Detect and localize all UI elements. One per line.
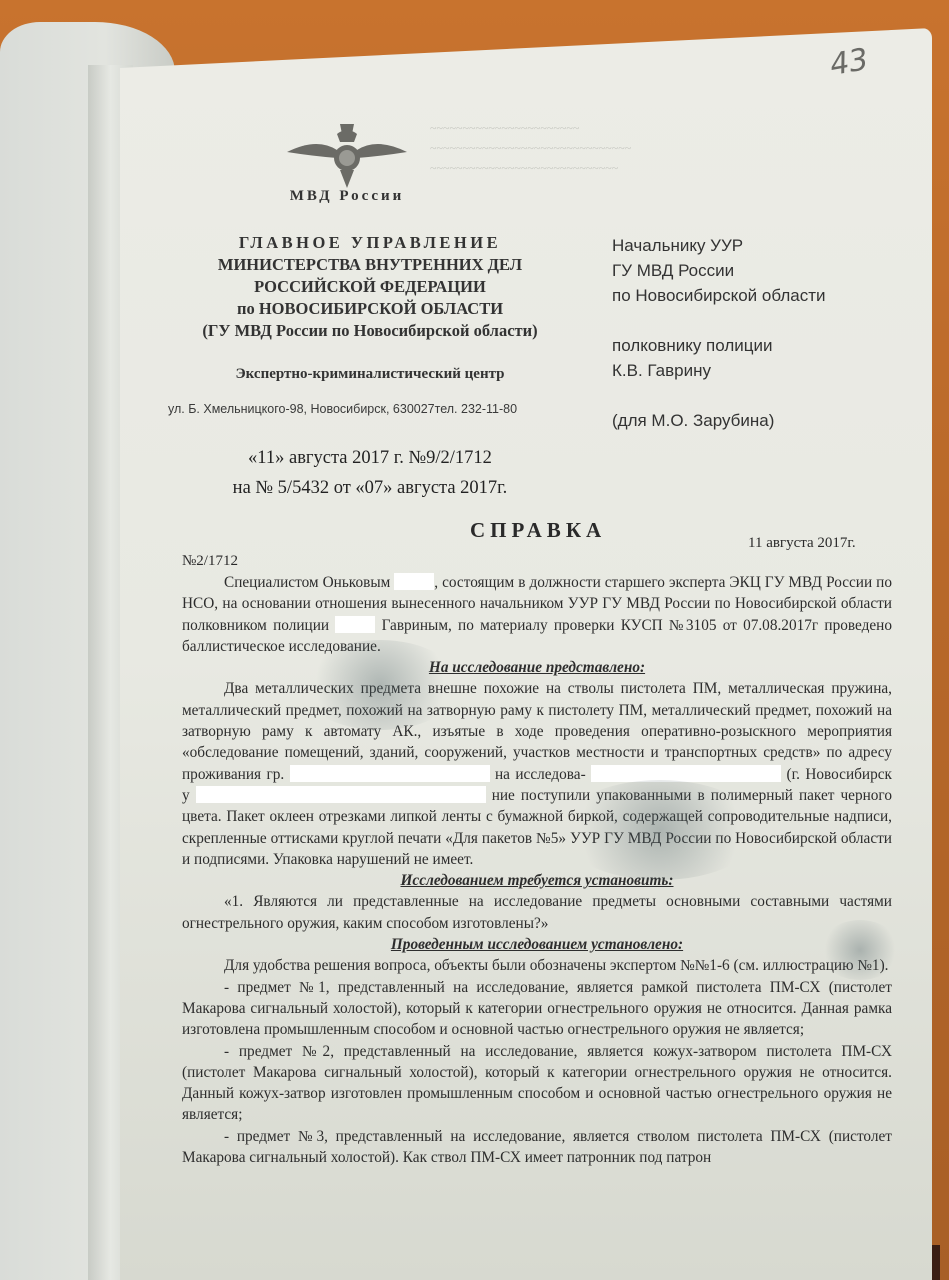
redaction [335,616,375,633]
document-date: 11 августа 2017г. [748,535,856,552]
redaction [196,786,486,803]
finding-item: - предмет №2, представленный на исследов… [182,1041,892,1126]
redaction [394,573,434,590]
ink-stain [560,780,760,880]
ink-stain [300,640,460,730]
submitted-items-paragraph: Два металлических предмета внешне похожи… [182,678,892,870]
addressee-block: Начальнику УУР ГУ МВД России по Новосиби… [612,233,825,433]
department-address: ул. Б. Хмельницкого-98, Новосибирск, 630… [168,402,568,416]
document-body: Специалистом Оньковым , состоящим в долж… [182,572,892,1168]
handwritten-page-number: 43 [827,42,871,83]
eagle-emblem-icon [282,112,412,192]
outgoing-reference: «11» августа 2017 г. №9/2/1712 на № 5/54… [190,443,550,503]
research-question: «1. Являются ли представленные на исслед… [182,891,892,934]
section-heading-established: Проведенным исследованием установлено: [182,934,892,955]
bleed-through-text: ~~~~~~~~~~~~~~~~~~~~~~~~~~~~~~~~~~~~~~~~… [430,118,631,178]
intro-paragraph: Специалистом Оньковым , состоящим в долж… [182,572,892,657]
section-heading-submitted: На исследование представлено: [182,657,892,678]
document-title: СПРАВКА [470,518,606,543]
department-name: Экспертно-криминалистический центр [190,366,550,383]
document-number: №2/1712 [182,553,238,570]
ink-stain [820,920,900,980]
finding-item: - предмет №1, представленный на исследов… [182,977,892,1041]
redaction [290,765,490,782]
redaction [591,765,781,782]
section-heading-required: Исследованием требуется установить: [182,870,892,891]
organization-name: ГЛАВНОЕ УПРАВЛЕНИЕ МИНИСТЕРСТВА ВНУТРЕНН… [170,232,570,342]
finding-item: Для удобства решения вопроса, объекты бы… [182,955,892,976]
finding-item: - предмет №3, представленный на исследов… [182,1126,892,1169]
ministry-short-name: МВД России [262,188,432,205]
